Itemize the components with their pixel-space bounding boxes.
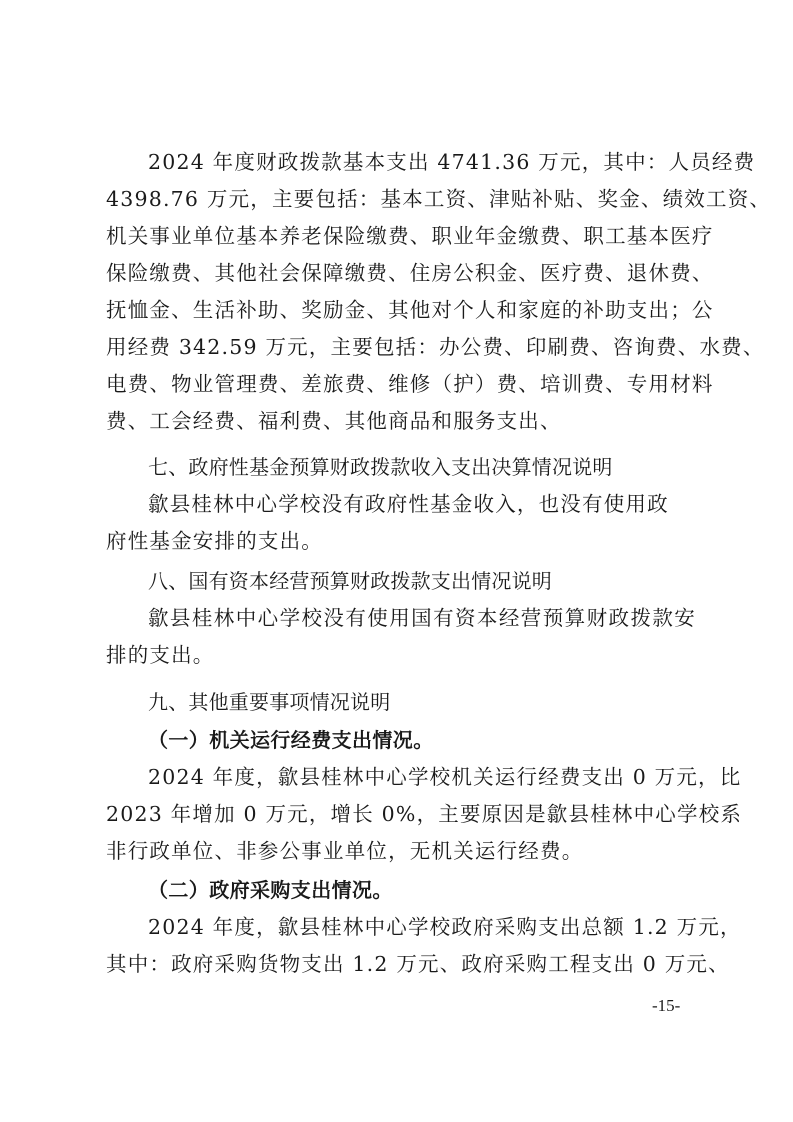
page-number: -15- <box>652 996 680 1016</box>
paragraph-line: 府性基金安排的支出。 <box>106 527 696 555</box>
section-heading-7: 七、政府性基金预算财政拨款收入支出决算情况说明 <box>148 453 696 481</box>
paragraph-line: 2024 年度财政拨款基本支出 4741.36 万元，其中：人员经费 <box>148 148 696 176</box>
paragraph-line: 非行政单位、非参公事业单位，无机关运行经费。 <box>106 837 696 865</box>
paragraph-line: 机关事业单位基本养老保险缴费、职业年金缴费、职工基本医疗 <box>106 222 696 250</box>
paragraph-line: 用经费 342.59 万元，主要包括：办公费、印刷费、咨询费、水费、 <box>106 333 696 361</box>
paragraph-line: 抚恤金、生活补助、奖励金、其他对个人和家庭的补助支出；公 <box>106 296 696 324</box>
paragraph-line: 2023 年增加 0 万元，增长 0%，主要原因是歙县桂林中心学校系 <box>106 800 696 828</box>
paragraph-line: 其中：政府采购货物支出 1.2 万元、政府采购工程支出 0 万元、 <box>106 950 696 978</box>
paragraph-line: 4398.76 万元，主要包括：基本工资、津贴补贴、奖金、绩效工资、 <box>106 185 696 213</box>
section-heading-8: 八、国有资本经营预算财政拨款支出情况说明 <box>148 567 696 595</box>
document-page: 2024 年度财政拨款基本支出 4741.36 万元，其中：人员经费 4398.… <box>0 0 793 1122</box>
paragraph-line: 2024 年度，歙县桂林中心学校政府采购支出总额 1.2 万元， <box>148 913 696 941</box>
paragraph-line: 2024 年度，歙县桂林中心学校机关运行经费支出 0 万元，比 <box>148 763 696 791</box>
section-heading-9: 九、其他重要事项情况说明 <box>148 688 696 716</box>
paragraph-line: 歙县桂林中心学校没有使用国有资本经营预算财政拨款安 <box>148 604 696 632</box>
paragraph-line: 电费、物业管理费、差旅费、维修（护）费、培训费、专用材料 <box>106 370 696 398</box>
subsection-heading-2: （二）政府采购支出情况。 <box>148 876 696 904</box>
paragraph-line: 歙县桂林中心学校没有政府性基金收入，也没有使用政 <box>148 490 696 518</box>
paragraph-line: 保险缴费、其他社会保障缴费、住房公积金、医疗费、退休费、 <box>106 259 696 287</box>
paragraph-line: 费、工会经费、福利费、其他商品和服务支出、 <box>106 407 696 435</box>
subsection-heading-1: （一）机关运行经费支出情况。 <box>148 726 696 754</box>
paragraph-line: 排的支出。 <box>106 641 696 669</box>
